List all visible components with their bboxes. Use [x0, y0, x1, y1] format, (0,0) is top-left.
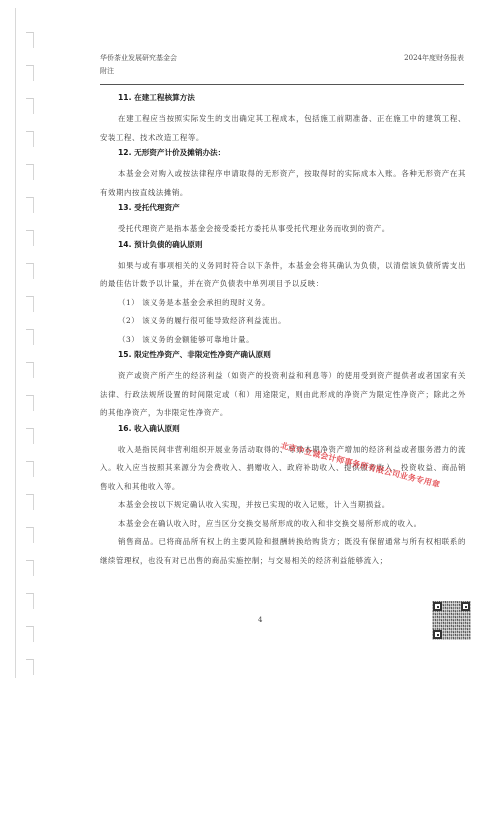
section-paragraph: 在建工程应当按照实际发生的支出确定其工程成本，包括施工前期准备、正在施工中的建筑…: [100, 110, 466, 147]
page-number: 4: [258, 616, 262, 624]
section-paragraph: 本基金会按以下规定确认收入实现，并按已实现的收入记账，计入当期损益。: [100, 496, 466, 515]
qr-finder-pattern: [433, 630, 442, 639]
qr-finder-pattern: [461, 602, 470, 611]
section-13: 13. 受托代理资产 受托代理资产是指本基金会接受委托方委托从事受托代理业务而收…: [100, 202, 466, 239]
section-14: 14. 预计负债的确认原则 如果与或有事项相关的义务同时符合以下条件，本基金会将…: [100, 239, 466, 350]
list-item: （3） 该义务的金额能够可靠地计量。: [100, 331, 466, 350]
header-subtitle: 附注: [100, 67, 114, 76]
list-item: （2） 该义务的履行很可能导致经济利益流出。: [100, 312, 466, 331]
section-heading: 16. 收入确认原则: [100, 423, 466, 441]
section-12: 12. 无形资产计价及摊销办法： 本基金会对购入或按法律程序申请取得的无形资产，…: [100, 147, 466, 202]
qr-code-icon: [432, 601, 471, 640]
section-heading: 13. 受托代理资产: [100, 202, 466, 220]
qr-finder-pattern: [433, 602, 442, 611]
section-paragraph: 如果与或有事项相关的义务同时符合以下条件，本基金会将其确认为负债，以清偿该负债所…: [100, 257, 466, 294]
document-page: 华侨茶业发展研究基金会 附注 2024年度财务报表 11. 在建工程核算方法 在…: [0, 0, 500, 823]
section-paragraph: 本基金会对购入或按法律程序申请取得的无形资产，按取得时的实际成本入账。各种无形资…: [100, 165, 466, 202]
section-heading: 12. 无形资产计价及摊销办法：: [100, 147, 466, 165]
section-paragraph: 受托代理资产是指本基金会接受委托方委托从事受托代理业务而收到的资产。: [100, 220, 466, 239]
header-organization: 华侨茶业发展研究基金会: [100, 54, 177, 63]
section-paragraph: 本基金会在确认收入时，应当区分交换交易所形成的收入和非交换交易所形成的收入。: [100, 515, 466, 534]
section-heading: 15. 限定性净资产、非限定性净资产确认原则: [100, 349, 466, 367]
section-11: 11. 在建工程核算方法 在建工程应当按照实际发生的支出确定其工程成本，包括施工…: [100, 92, 466, 147]
section-heading: 14. 预计负债的确认原则: [100, 239, 466, 257]
section-15: 15. 限定性净资产、非限定性净资产确认原则 资产或资产所产生的经济利益（如资产…: [100, 349, 466, 423]
section-paragraph: 销售商品。已将商品所有权上的主要风险和报酬转换给购货方；既没有保留通常与所有权相…: [100, 533, 466, 570]
page-header: 华侨茶业发展研究基金会 附注 2024年度财务报表: [100, 54, 464, 85]
section-paragraph: 资产或资产所产生的经济利益（如资产的投资利益和利息等）的使用受到资产提供者或者国…: [100, 367, 466, 423]
section-heading: 11. 在建工程核算方法: [100, 92, 466, 110]
page-content: 11. 在建工程核算方法 在建工程应当按照实际发生的支出确定其工程成本，包括施工…: [100, 92, 466, 570]
header-report-title: 2024年度财务报表: [404, 54, 464, 63]
list-item: （1） 该义务是本基金会承担的现时义务。: [100, 294, 466, 313]
